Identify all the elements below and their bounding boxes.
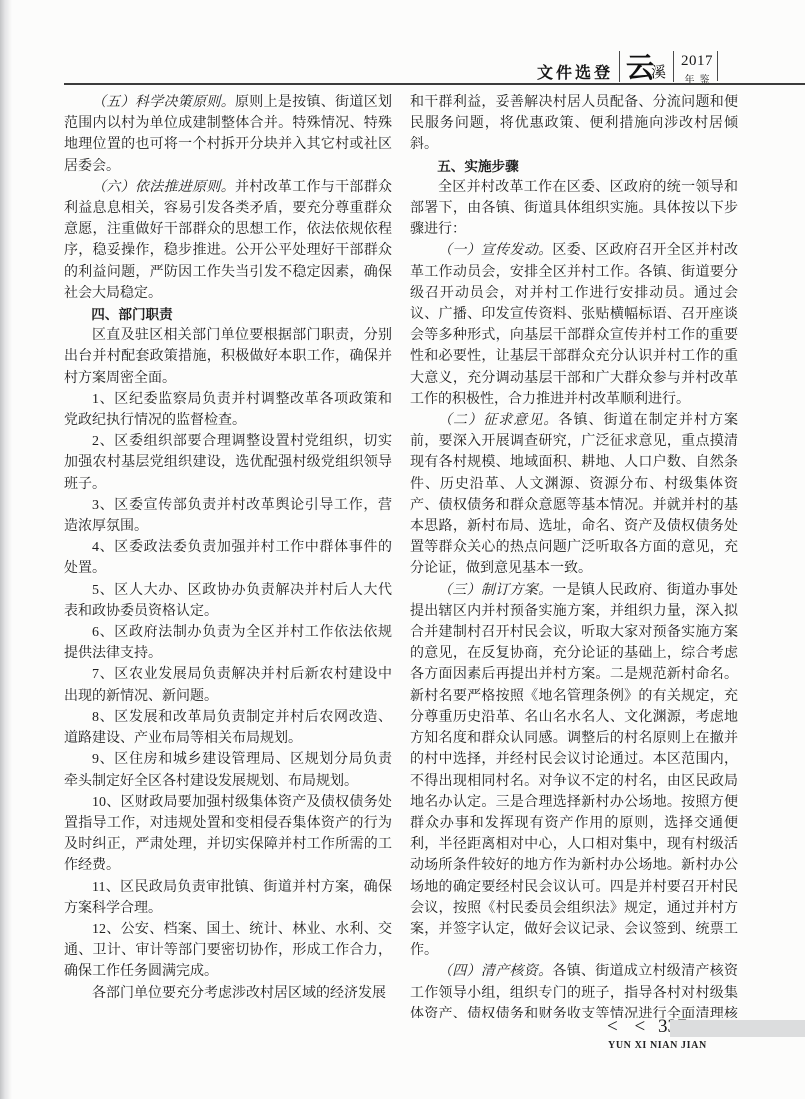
paragraph: （三）制订方案。一是镇人民政府、街道办事处提出辖区内并村预备实施方案，并组织力量… bbox=[410, 580, 738, 962]
paragraph: （二）征求意见。各镇、街道在制定并村方案前，要深入开展调查研究，广泛征求意见，重… bbox=[410, 410, 738, 580]
paragraph: 1、区纪委监察局负责并村调整改革各项政策和党政纪执行情况的监督检查。 bbox=[64, 389, 392, 431]
paragraph: 6、区政府法制办负责为全区并村工作依法依规提供法律支持。 bbox=[64, 622, 392, 664]
paragraph: （一）宣传发动。区委、区政府召开全区并村改革工作动员会，安排全区并村工作。各镇、… bbox=[410, 240, 738, 410]
paragraph-text: 4、区委政法委负责加强并村工作中群体事件的处置。 bbox=[64, 540, 392, 576]
paragraph: 8、区发展和改革局负责制定并村后农网改造、道路建设、产业布局等相关布局规划。 bbox=[64, 707, 392, 749]
paragraph-text: 和干群利益，妥善解决村居人员配备、分流问题和便民服务问题，将优惠政策、便利措施向… bbox=[410, 95, 738, 152]
paragraph-text: 1、区纪委监察局负责并村调整改革各项政策和党政纪执行情况的监督检查。 bbox=[64, 392, 392, 428]
scan-edge-shadow bbox=[0, 0, 12, 1099]
paragraph: 和干群利益，妥善解决村居人员配备、分流问题和便民服务问题，将优惠政策、便利措施向… bbox=[410, 92, 738, 156]
right-text-column: 和干群利益，妥善解决村居人员配备、分流问题和便民服务问题，将优惠政策、便利措施向… bbox=[410, 92, 738, 1018]
paragraph-lead: （四）清产核资。 bbox=[438, 964, 552, 979]
paragraph-text: 3、区委宣传部负责并村改革舆论引导工作，营造浓厚氛围。 bbox=[64, 498, 392, 534]
left-text-column: （五）科学决策原则。原则上是按镇、街道区划范围内以村为单位成建制整体合并。特殊情… bbox=[64, 92, 392, 1018]
paragraph-text: 12、公安、档案、国土、统计、林业、水利、交通、卫计、审计等部门要密切协作，形成… bbox=[64, 922, 392, 979]
paragraph-text: 各镇、街道在制定并村方案前，要深入开展调查研究，广泛征求意见，重点摸清现有各村规… bbox=[410, 413, 738, 576]
paragraph-text: 区直及驻区相关部门单位要根据部门职责，分别出台并村配套政策措施，积极做好本职工作… bbox=[64, 328, 392, 385]
paragraph-lead: （一）宣传发动。 bbox=[438, 243, 552, 258]
paragraph-text: 一是镇人民政府、街道办事处提出辖区内并村预备实施方案，并组织力量，深入拟合并建制… bbox=[410, 583, 738, 958]
year-text: 2017 bbox=[681, 53, 713, 70]
heading-text: 五、实施步骤 bbox=[437, 159, 519, 174]
paragraph: 区直及驻区相关部门单位要根据部门职责，分别出台并村配套政策措施，积极做好本职工作… bbox=[64, 325, 392, 389]
paragraph-text: 2、区委组织部要合理调整设置村党组织，切实加强农村基层党组织建设，选优配强村级党… bbox=[64, 434, 392, 491]
paragraph: （四）清产核资。各镇、街道成立村级清产核资工作领导小组，组织专门的班子，指导各村… bbox=[410, 961, 738, 1018]
paragraph-text: 并村改革工作与干部群众利益息息相关，容易引发各类矛盾，要充分尊重群众意愿，注重做… bbox=[64, 180, 392, 301]
yearbook-year-box: 2017 年 鉴 bbox=[681, 53, 713, 86]
section-heading: 四、部门职责 bbox=[64, 304, 392, 325]
header-divider-middle bbox=[673, 51, 674, 82]
paragraph-text: 11、区民政局负责审批镇、街道并村方案，确保方案科学合理。 bbox=[64, 880, 392, 916]
paragraph: 5、区人大办、区政协办负责解决并村后人大代表和政协委员资格认定。 bbox=[64, 580, 392, 622]
paragraph-lead: （二）征求意见。 bbox=[438, 413, 558, 428]
paragraph-text: 8、区发展和改革局负责制定并村后农网改造、道路建设、产业布局等相关布局规划。 bbox=[64, 710, 392, 746]
paragraph-text: 各部门单位要充分考虑涉改村居区域的经济发展 bbox=[92, 986, 386, 1001]
paragraph: 7、区农业发展局负责解决并村后新农村建设中出现的新情况、新问题。 bbox=[64, 664, 392, 706]
paragraph: 9、区住房和城乡建设管理局、区规划分局负责牵头制定好全区各村建设发展规划、布局规… bbox=[64, 749, 392, 791]
paragraph: 4、区委政法委负责加强并村工作中群体事件的处置。 bbox=[64, 537, 392, 579]
page: 文件选登 云 溪 2017 年 鉴 （五）科学决策原则。原则上是按镇、街道区划范… bbox=[0, 0, 805, 1099]
paragraph: 12、公安、档案、国土、统计、林业、水利、交通、卫计、审计等部门要密切协作，形成… bbox=[64, 919, 392, 983]
section-heading: 五、实施步骤 bbox=[410, 156, 738, 177]
brand-character-yun: 云 bbox=[626, 46, 654, 86]
paragraph-lead: （五）科学决策原则。 bbox=[92, 95, 235, 110]
page-marker-arrows: < < bbox=[607, 1016, 651, 1037]
paragraph: 全区并村改革工作在区委、区政府的统一领导和部署下，由各镇、街道具体组织实施。具体… bbox=[410, 177, 738, 241]
header-rule bbox=[64, 83, 805, 85]
paragraph-lead: （六）依法推进原则。 bbox=[92, 180, 235, 195]
paragraph: （五）科学决策原则。原则上是按镇、街道区划范围内以村为单位成建制整体合并。特殊情… bbox=[64, 92, 392, 177]
paragraph-text: 区委、区政府召开全区并村改革工作动员会，安排全区并村工作。各镇、街道要分级召开动… bbox=[410, 243, 738, 406]
paragraph-lead: （三）制订方案。 bbox=[438, 583, 552, 598]
paragraph-text: 5、区人大办、区政协办负责解决并村后人大代表和政协委员资格认定。 bbox=[64, 583, 392, 619]
paragraph: 3、区委宣传部负责并村改革舆论引导工作，营造浓厚氛围。 bbox=[64, 495, 392, 537]
paragraph: 10、区财政局要加强村级集体资产及债权债务处置指导工作，对违规处置和变相侵吞集体… bbox=[64, 792, 392, 877]
paragraph: 2、区委组织部要合理调整设置村党组织，切实加强农村基层党组织建设，选优配强村级党… bbox=[64, 431, 392, 495]
footer-romanized-title: YUN XI NIAN JIAN bbox=[608, 1040, 707, 1051]
paragraph-text: 6、区政府法制办负责为全区并村工作依法依规提供法律支持。 bbox=[64, 625, 392, 661]
paragraph-text: 10、区财政局要加强村级集体资产及债权债务处置指导工作，对违规处置和变相侵吞集体… bbox=[64, 795, 392, 874]
paragraph-text: 9、区住房和城乡建设管理局、区规划分局负责牵头制定好全区各村建设发展规划、布局规… bbox=[64, 752, 392, 788]
paragraph: 各部门单位要充分考虑涉改村居区域的经济发展 bbox=[64, 983, 392, 1004]
header-divider-right bbox=[717, 51, 718, 81]
footer-gray-bar bbox=[670, 1020, 805, 1037]
header-divider-left bbox=[619, 51, 620, 82]
paragraph-text: 全区并村改革工作在区委、区政府的统一领导和部署下，由各镇、街道具体组织实施。具体… bbox=[410, 180, 738, 237]
heading-text: 四、部门职责 bbox=[91, 307, 173, 322]
brand-character-xi: 溪 bbox=[651, 61, 666, 82]
header-section-title: 文件选登 bbox=[537, 60, 613, 83]
paragraph: 11、区民政局负责审批镇、街道并村方案，确保方案科学合理。 bbox=[64, 877, 392, 919]
paragraph-text: 7、区农业发展局负责解决并村后新农村建设中出现的新情况、新问题。 bbox=[64, 667, 392, 703]
paragraph: （六）依法推进原则。并村改革工作与干部群众利益息息相关，容易引发各类矛盾，要充分… bbox=[64, 177, 392, 304]
